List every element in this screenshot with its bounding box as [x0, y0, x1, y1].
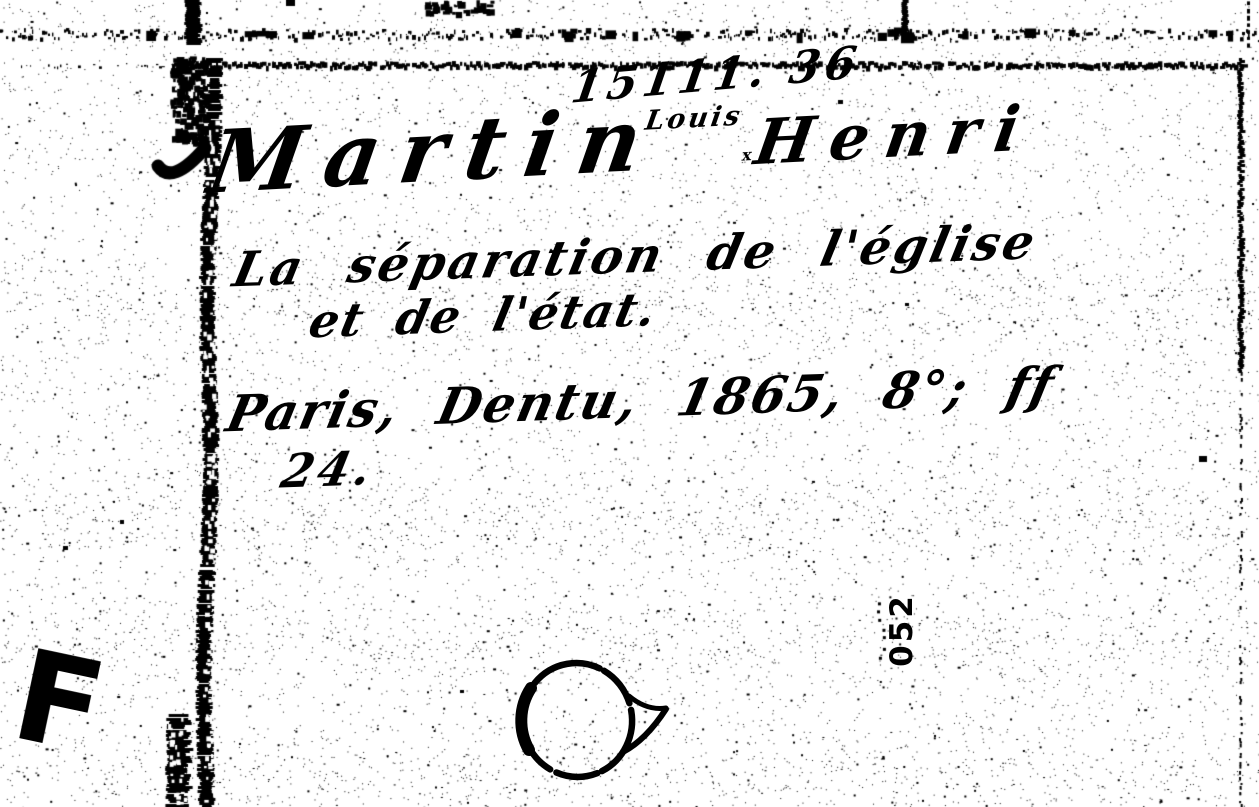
- imprint-pages: 24.: [276, 441, 380, 499]
- accession-stamp-number: 052: [884, 593, 920, 667]
- accession-stamp: 052: [866, 594, 938, 666]
- catalog-card-scan: 15111. 36 MartinLouisxHenri La séparatio…: [0, 0, 1259, 807]
- author-middle-name: Louis: [643, 100, 745, 136]
- author-separator-mark: x: [741, 145, 754, 165]
- author-first-name: Henri: [750, 91, 1041, 179]
- circle-stamp-mark: [503, 646, 675, 806]
